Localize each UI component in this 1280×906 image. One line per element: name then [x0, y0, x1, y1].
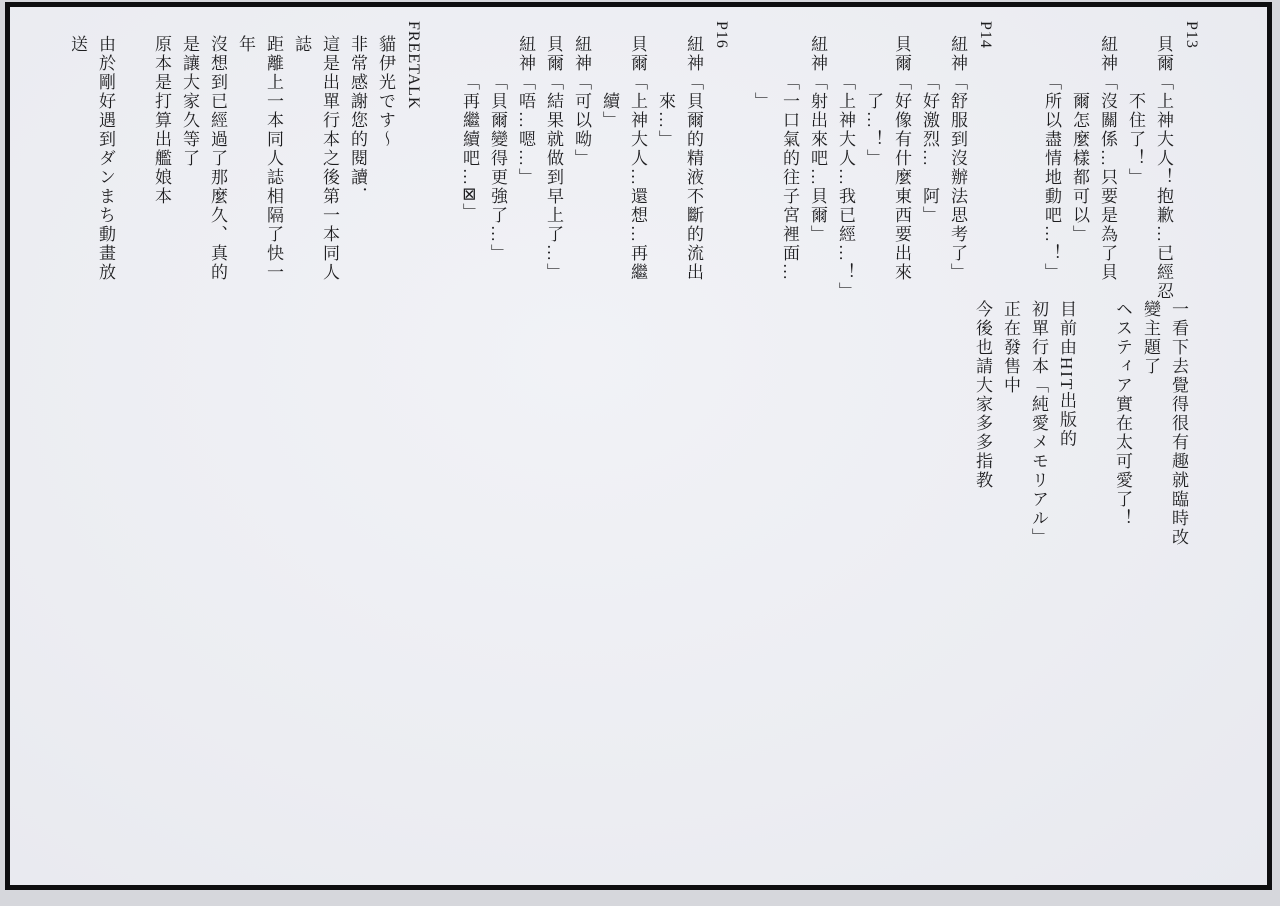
text-column: 貓伊光です～ [371, 35, 399, 282]
text-column: 紐神「沒關係…只要是為了貝 [1093, 35, 1121, 301]
text-column: 是讓大家久等了 [175, 35, 203, 282]
section-freetalk: FREETALK貓伊光です～非常感謝您的閱讀．這是出單行本之後第一本同人誌距離上… [63, 21, 427, 282]
section-p13: P13貝爾「上神大人！抱歉…已經忍不住了！」紐神「沒關係…只要是為了貝爾怎麼樣都… [1037, 21, 1205, 301]
text-column: 年 [231, 35, 259, 282]
text-column: 「上神大人…我已經…！」 [831, 73, 859, 301]
text-column: 貝爾「好像有什麼東西要出來 [887, 35, 915, 301]
text-column: 續」 [595, 92, 623, 282]
text-column: 一看下去覺得很有趣就臨時改 [1164, 300, 1192, 547]
text-column: 距離上一本同人誌相隔了快一 [259, 35, 287, 282]
text-column: 不住了！」 [1121, 92, 1149, 301]
text-column: 今後也請大家多多指教 [968, 300, 996, 547]
text-column: 貝爾「上神大人…還想…再繼 [623, 35, 651, 282]
text-column [119, 35, 147, 282]
text-column: 送 [63, 35, 91, 282]
text-column: 「一口氣的往子宮裡面… [775, 73, 803, 301]
text-column: 目前由HIT出版的 [1052, 300, 1080, 547]
text-column: 紐神「唔…嗯…」 [511, 35, 539, 282]
text-column: 來…」 [651, 92, 679, 282]
text-column: 「所以盡情地動吧…！」 [1037, 73, 1065, 301]
text-column: 紐神「可以呦」 [567, 35, 595, 282]
section-header-p16: P16 [707, 21, 735, 282]
section-p16: P16紐神「貝爾的精液不斷的流出來…」貝爾「上神大人…還想…再繼續」紐神「可以呦… [455, 21, 735, 282]
text-column: 貝爾「結果就做到早上了…」 [539, 35, 567, 282]
text-column: 原本是打算出艦娘本 [147, 35, 175, 282]
text-column: 誌 [287, 35, 315, 282]
section-header-p13: P13 [1177, 21, 1205, 301]
section-header-freetalk: FREETALK [399, 21, 427, 282]
text-column: 「好激烈… 阿」 [915, 73, 943, 301]
text-column: 變主題了 [1136, 300, 1164, 547]
text-column: 正在發售中 [996, 300, 1024, 547]
section-p14: P14紐神「舒服到沒辦法思考了」「好激烈… 阿」貝爾「好像有什麼東西要出來了…！… [747, 21, 999, 301]
text-column: 了…！」 [859, 92, 887, 301]
text-column: 初單行本「純愛メモリアル」 [1024, 300, 1052, 547]
text-column: 爾怎麼樣都可以」 [1065, 92, 1093, 301]
section-freetalk-continued: 一看下去覺得很有趣就臨時改變主題了ヘスティア實在太可愛了！ 目前由HIT出版的初… [968, 300, 1192, 547]
text-column: 」 [747, 92, 775, 301]
text-column: ヘスティア實在太可愛了！ [1108, 300, 1136, 547]
text-column: 「再繼續吧…⊠」 [455, 73, 483, 282]
section-header-p14: P14 [971, 21, 999, 301]
text-column: 「貝爾變得更強了…」 [483, 73, 511, 282]
text-column: 紐神「貝爾的精液不斷的流出 [679, 35, 707, 282]
text-column [1080, 300, 1108, 547]
text-column: 由於剛好遇到ダンまち動畫放 [91, 35, 119, 282]
text-column: 紐神「舒服到沒辦法思考了」 [943, 35, 971, 301]
text-column: 非常感謝您的閱讀． [343, 35, 371, 282]
text-column: 這是出單行本之後第一本同人 [315, 35, 343, 282]
text-column: 貝爾「上神大人！抱歉…已經忍 [1149, 35, 1177, 301]
text-column: 沒想到已經過了那麼久、真的 [203, 35, 231, 282]
scanned-script-page: { "page": { "type": "doujinshi-script-af… [0, 0, 1280, 906]
paper-with-black-frame: P13貝爾「上神大人！抱歉…已經忍不住了！」紐神「沒關係…只要是為了貝爾怎麼樣都… [5, 2, 1272, 890]
text-column: 紐神「射出來吧…貝爾」 [803, 35, 831, 301]
